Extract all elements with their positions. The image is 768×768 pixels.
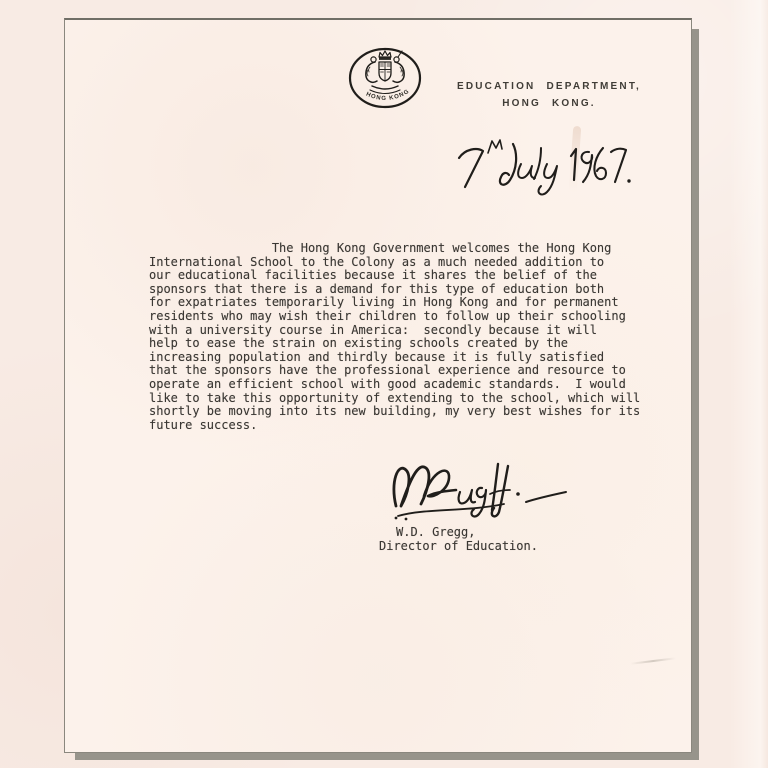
handwritten-date: [455, 136, 635, 196]
paper-scratch: [630, 657, 676, 665]
scan-background: HONG KONG EDUCATION DEPARTMENT, HONG KON…: [0, 0, 768, 768]
typed-signature-title: Director of Education.: [379, 539, 538, 553]
letterhead-department: EDUCATION DEPARTMENT,: [443, 78, 655, 95]
letter-page: HONG KONG EDUCATION DEPARTMENT, HONG KON…: [64, 18, 692, 753]
handwritten-signature: [386, 454, 576, 524]
letterhead: EDUCATION DEPARTMENT, HONG KONG.: [443, 78, 655, 112]
letterhead-city: HONG KONG.: [443, 95, 655, 112]
typed-signature-name: W.D. Gregg,: [396, 525, 475, 539]
hong-kong-crest-icon: HONG KONG: [346, 46, 424, 112]
letter-body: The Hong Kong Government welcomes the Ho…: [149, 242, 669, 432]
